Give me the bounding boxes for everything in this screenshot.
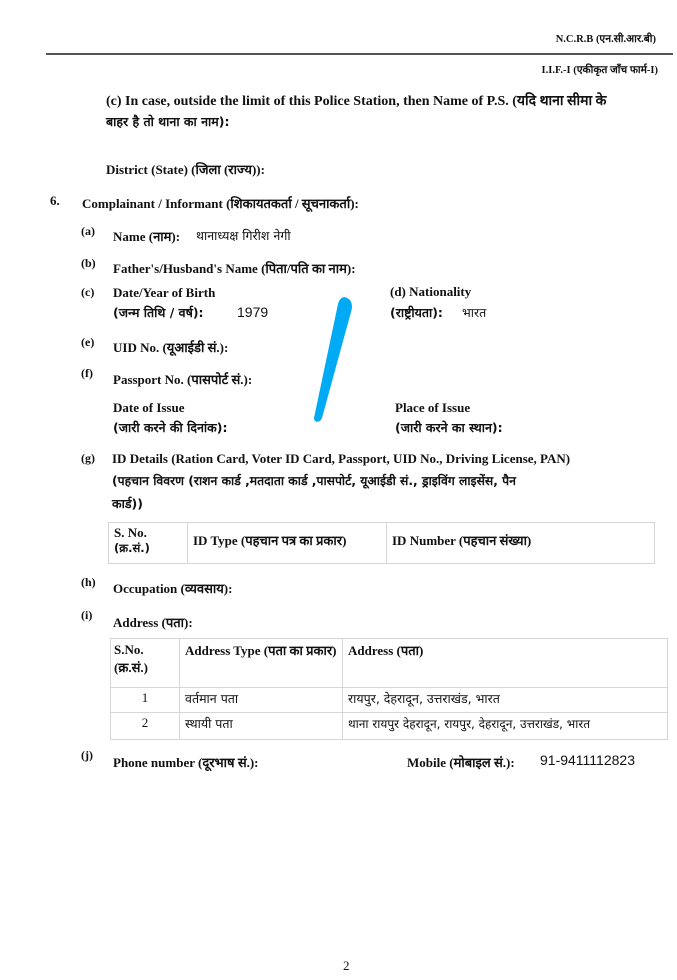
pen-stroke-annotation: [300, 290, 370, 430]
nationality-label-en: (d) Nationality: [390, 284, 471, 300]
address-table: S.No. (क्र.सं.) Address Type (पता का प्र…: [110, 638, 668, 740]
address-row-sno: 1: [111, 688, 180, 713]
id-details-line2: (पहचान विवरण (राशन कार्ड ,मतदाता कार्ड ,…: [112, 472, 516, 489]
ncrb-header: N.C.R.B (एन.सी.आर.बी): [556, 32, 656, 46]
district-state-label: District (State) (जिला (राज्य)):: [106, 160, 265, 178]
header-rule: [46, 53, 673, 55]
section-title: Complainant / Informant (शिकायतकर्ता / स…: [82, 194, 359, 212]
address-row-sno: 2: [111, 713, 180, 740]
nationality-label-hi: (राष्ट्रीयता):: [390, 304, 443, 321]
father-husband-name-label: Father's/Husband's Name (पिता/पति का नाम…: [113, 259, 356, 277]
marker-h: (h): [81, 575, 96, 590]
date-of-issue-label-hi: (जारी करने की दिनांक):: [113, 419, 227, 436]
marker-d: (d): [390, 284, 406, 299]
address-row-address: थाना रायपुर देहरादून, रायपुर, देहरादून, …: [343, 713, 668, 740]
address-row-type: वर्तमान पता: [180, 688, 343, 713]
marker-a: (a): [81, 224, 95, 239]
occupation-label: Occupation (व्यवसाय):: [113, 579, 232, 597]
id-table-header-number: ID Number (पहचान संख्या): [387, 523, 655, 564]
marker-e: (e): [81, 335, 94, 350]
date-of-issue-label-en: Date of Issue: [113, 400, 185, 416]
id-table-header-sno: S. No. (क्र.सं.): [109, 523, 188, 564]
name-label: Name (नाम):: [113, 227, 180, 245]
address-table-header-address: Address (पता): [343, 639, 668, 688]
marker-j: (j): [81, 748, 93, 763]
section-number: 6.: [50, 193, 60, 209]
marker-f: (f): [81, 366, 93, 381]
form-id-header: I.I.F.-I (एकीकृत जाँच फार्म-I): [542, 63, 658, 77]
table-row: S.No. (क्र.सं.) Address Type (पता का प्र…: [111, 639, 668, 688]
marker-c: (c): [81, 285, 94, 300]
name-value: थानाध्यक्ष गिरीश नेगी: [196, 227, 291, 244]
marker-i: (i): [81, 608, 92, 623]
mobile-value: 91-9411112823: [540, 752, 635, 768]
pen-stroke-path: [314, 297, 352, 422]
dob-label-en: Date/Year of Birth: [113, 285, 215, 301]
id-details-table: S. No. (क्र.सं.) ID Type (पहचान पत्र का …: [108, 522, 655, 564]
nationality-value: भारत: [462, 304, 486, 321]
id-table-header-type: ID Type (पहचान पत्र का प्रकार): [188, 523, 387, 564]
dob-label-hi: (जन्म तिथि / वर्ष):: [113, 304, 204, 321]
id-details-line3: कार्ड)): [112, 495, 143, 512]
ps-outside-line2: बाहर है तो थाना का नाम):: [106, 113, 229, 130]
page-number: 2: [343, 958, 350, 974]
marker-b: (b): [81, 256, 96, 271]
mobile-label: Mobile (मोबाइल सं.):: [407, 753, 515, 771]
address-label: Address (पता):: [113, 613, 193, 631]
marker-g: (g): [81, 451, 95, 466]
ps-outside-line1: (c) In case, outside the limit of this P…: [106, 91, 606, 110]
address-row-address: रायपुर, देहरादून, उत्तराखंड, भारत: [343, 688, 668, 713]
table-row: S. No. (क्र.सं.) ID Type (पहचान पत्र का …: [109, 523, 655, 564]
uid-label: UID No. (यूआईडी सं.):: [113, 338, 228, 356]
address-table-header-sno: S.No. (क्र.सं.): [111, 639, 180, 688]
address-table-header-type: Address Type (पता का प्रकार): [180, 639, 343, 688]
id-details-line1: ID Details (Ration Card, Voter ID Card, …: [112, 451, 570, 467]
phone-label: Phone number (दूरभाष सं.):: [113, 753, 259, 771]
nationality-label-text: Nationality: [409, 284, 471, 299]
table-row: 1 वर्तमान पता रायपुर, देहरादून, उत्तराखं…: [111, 688, 668, 713]
sno-header-line1: S. No.: [114, 525, 182, 541]
table-row: 2 स्थायी पता थाना रायपुर देहरादून, रायपु…: [111, 713, 668, 740]
address-row-type: स्थायी पता: [180, 713, 343, 740]
dob-value: 1979: [237, 304, 268, 320]
place-of-issue-label-en: Place of Issue: [395, 400, 470, 416]
passport-label: Passport No. (पासपोर्ट सं.):: [113, 370, 252, 388]
place-of-issue-label-hi: (जारी करने का स्थान):: [395, 419, 503, 436]
sno-header-line2: (क्र.सं.): [114, 541, 182, 556]
